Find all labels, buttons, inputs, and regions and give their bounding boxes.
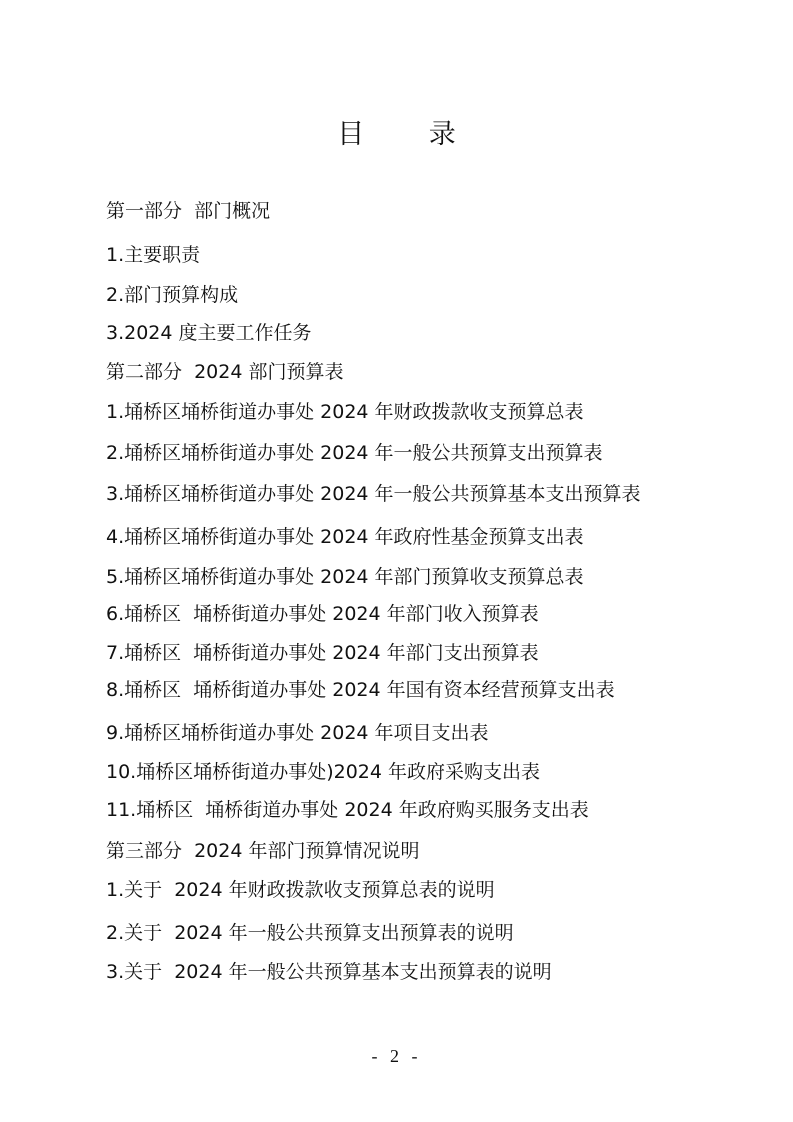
toc-item: 3.关于 2024 年一般公共预算基本支出预算表的说明 [106, 960, 552, 984]
toc-part1-heading: 第一部分 部门概况 [106, 199, 270, 223]
toc-item: 9.埇桥区埇桥街道办事处 2024 年项目支出表 [106, 721, 489, 745]
toc-item: 1.主要职责 [106, 243, 200, 267]
toc-item: 10.埇桥区埇桥街道办事处)2024 年政府采购支出表 [106, 760, 540, 784]
toc-item: 3.埇桥区埇桥街道办事处 2024 年一般公共预算基本支出预算表 [106, 482, 641, 506]
toc-item: 5.埇桥区埇桥街道办事处 2024 年部门预算收支预算总表 [106, 565, 584, 589]
toc-item: 6.埇桥区 埇桥街道办事处 2024 年部门收入预算表 [106, 602, 539, 626]
toc-item: 4.埇桥区埇桥街道办事处 2024 年政府性基金预算支出表 [106, 525, 584, 549]
toc-item: 2.关于 2024 年一般公共预算支出预算表的说明 [106, 921, 514, 945]
toc-part3-heading: 第三部分 2024 年部门预算情况说明 [106, 839, 419, 863]
toc-item: 11.埇桥区 埇桥街道办事处 2024 年政府购买服务支出表 [106, 798, 589, 822]
toc-item: 8.埇桥区 埇桥街道办事处 2024 年国有资本经营预算支出表 [106, 678, 615, 702]
toc-part2-heading: 第二部分 2024 部门预算表 [106, 360, 343, 384]
toc-item: 3.2024 度主要工作任务 [106, 321, 312, 345]
toc-item: 1.埇桥区埇桥街道办事处 2024 年财政拨款收支预算总表 [106, 400, 584, 424]
toc-item: 2.部门预算构成 [106, 283, 238, 307]
toc-item: 2.埇桥区埇桥街道办事处 2024 年一般公共预算支出预算表 [106, 441, 603, 465]
toc-item: 1.关于 2024 年财政拨款收支预算总表的说明 [106, 878, 495, 902]
page-title: 目 录 [0, 112, 793, 151]
toc-item: 7.埇桥区 埇桥街道办事处 2024 年部门支出预算表 [106, 641, 539, 665]
page-number: - 2 - [0, 1046, 793, 1067]
